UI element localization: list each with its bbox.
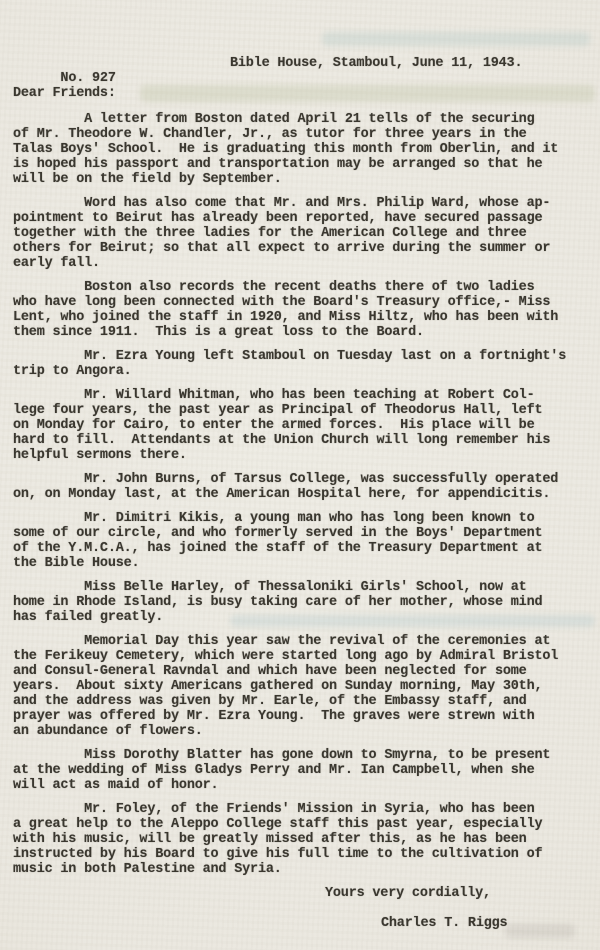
letter-paragraph: Word has also come that Mr. and Mrs. Phi…	[13, 196, 600, 271]
letter-paragraph: Miss Belle Harley, of Thessaloniki Girls…	[13, 580, 600, 625]
bleedthrough-mark	[322, 32, 590, 46]
letter-signature: Charles T. Riggs	[381, 916, 600, 931]
letter-content: No. 927 Bible House, Stamboul, June 11, …	[13, 56, 600, 931]
letter-paragraph: Mr. Willard Whitman, who has been teachi…	[13, 388, 600, 463]
letter-paragraph: Memorial Day this year saw the revival o…	[13, 634, 600, 739]
letter-paragraph: Mr. John Burns, of Tarsus College, was s…	[13, 472, 600, 502]
letter-paragraph: Mr. Ezra Young left Stamboul on Tuesday …	[13, 349, 600, 379]
letter-closing: Yours very cordially,	[325, 886, 600, 901]
letter-number: No. 927	[60, 71, 115, 86]
letter-body: A letter from Boston dated April 21 tell…	[13, 112, 600, 877]
letter-page: No. 927 Bible House, Stamboul, June 11, …	[0, 0, 600, 950]
letter-salutation: Dear Friends:	[13, 86, 600, 101]
letter-paragraph: Mr. Dimitri Kikis, a young man who has l…	[13, 511, 600, 571]
letter-dateline: Bible House, Stamboul, June 11, 1943.	[230, 56, 522, 71]
letter-header: No. 927 Bible House, Stamboul, June 11, …	[13, 56, 600, 71]
letter-paragraph: Mr. Foley, of the Friends' Mission in Sy…	[13, 802, 600, 877]
letter-paragraph: Boston also records the recent deaths th…	[13, 280, 600, 340]
letter-paragraph: Miss Dorothy Blatter has gone down to Sm…	[13, 748, 600, 793]
letter-paragraph: A letter from Boston dated April 21 tell…	[13, 112, 600, 187]
